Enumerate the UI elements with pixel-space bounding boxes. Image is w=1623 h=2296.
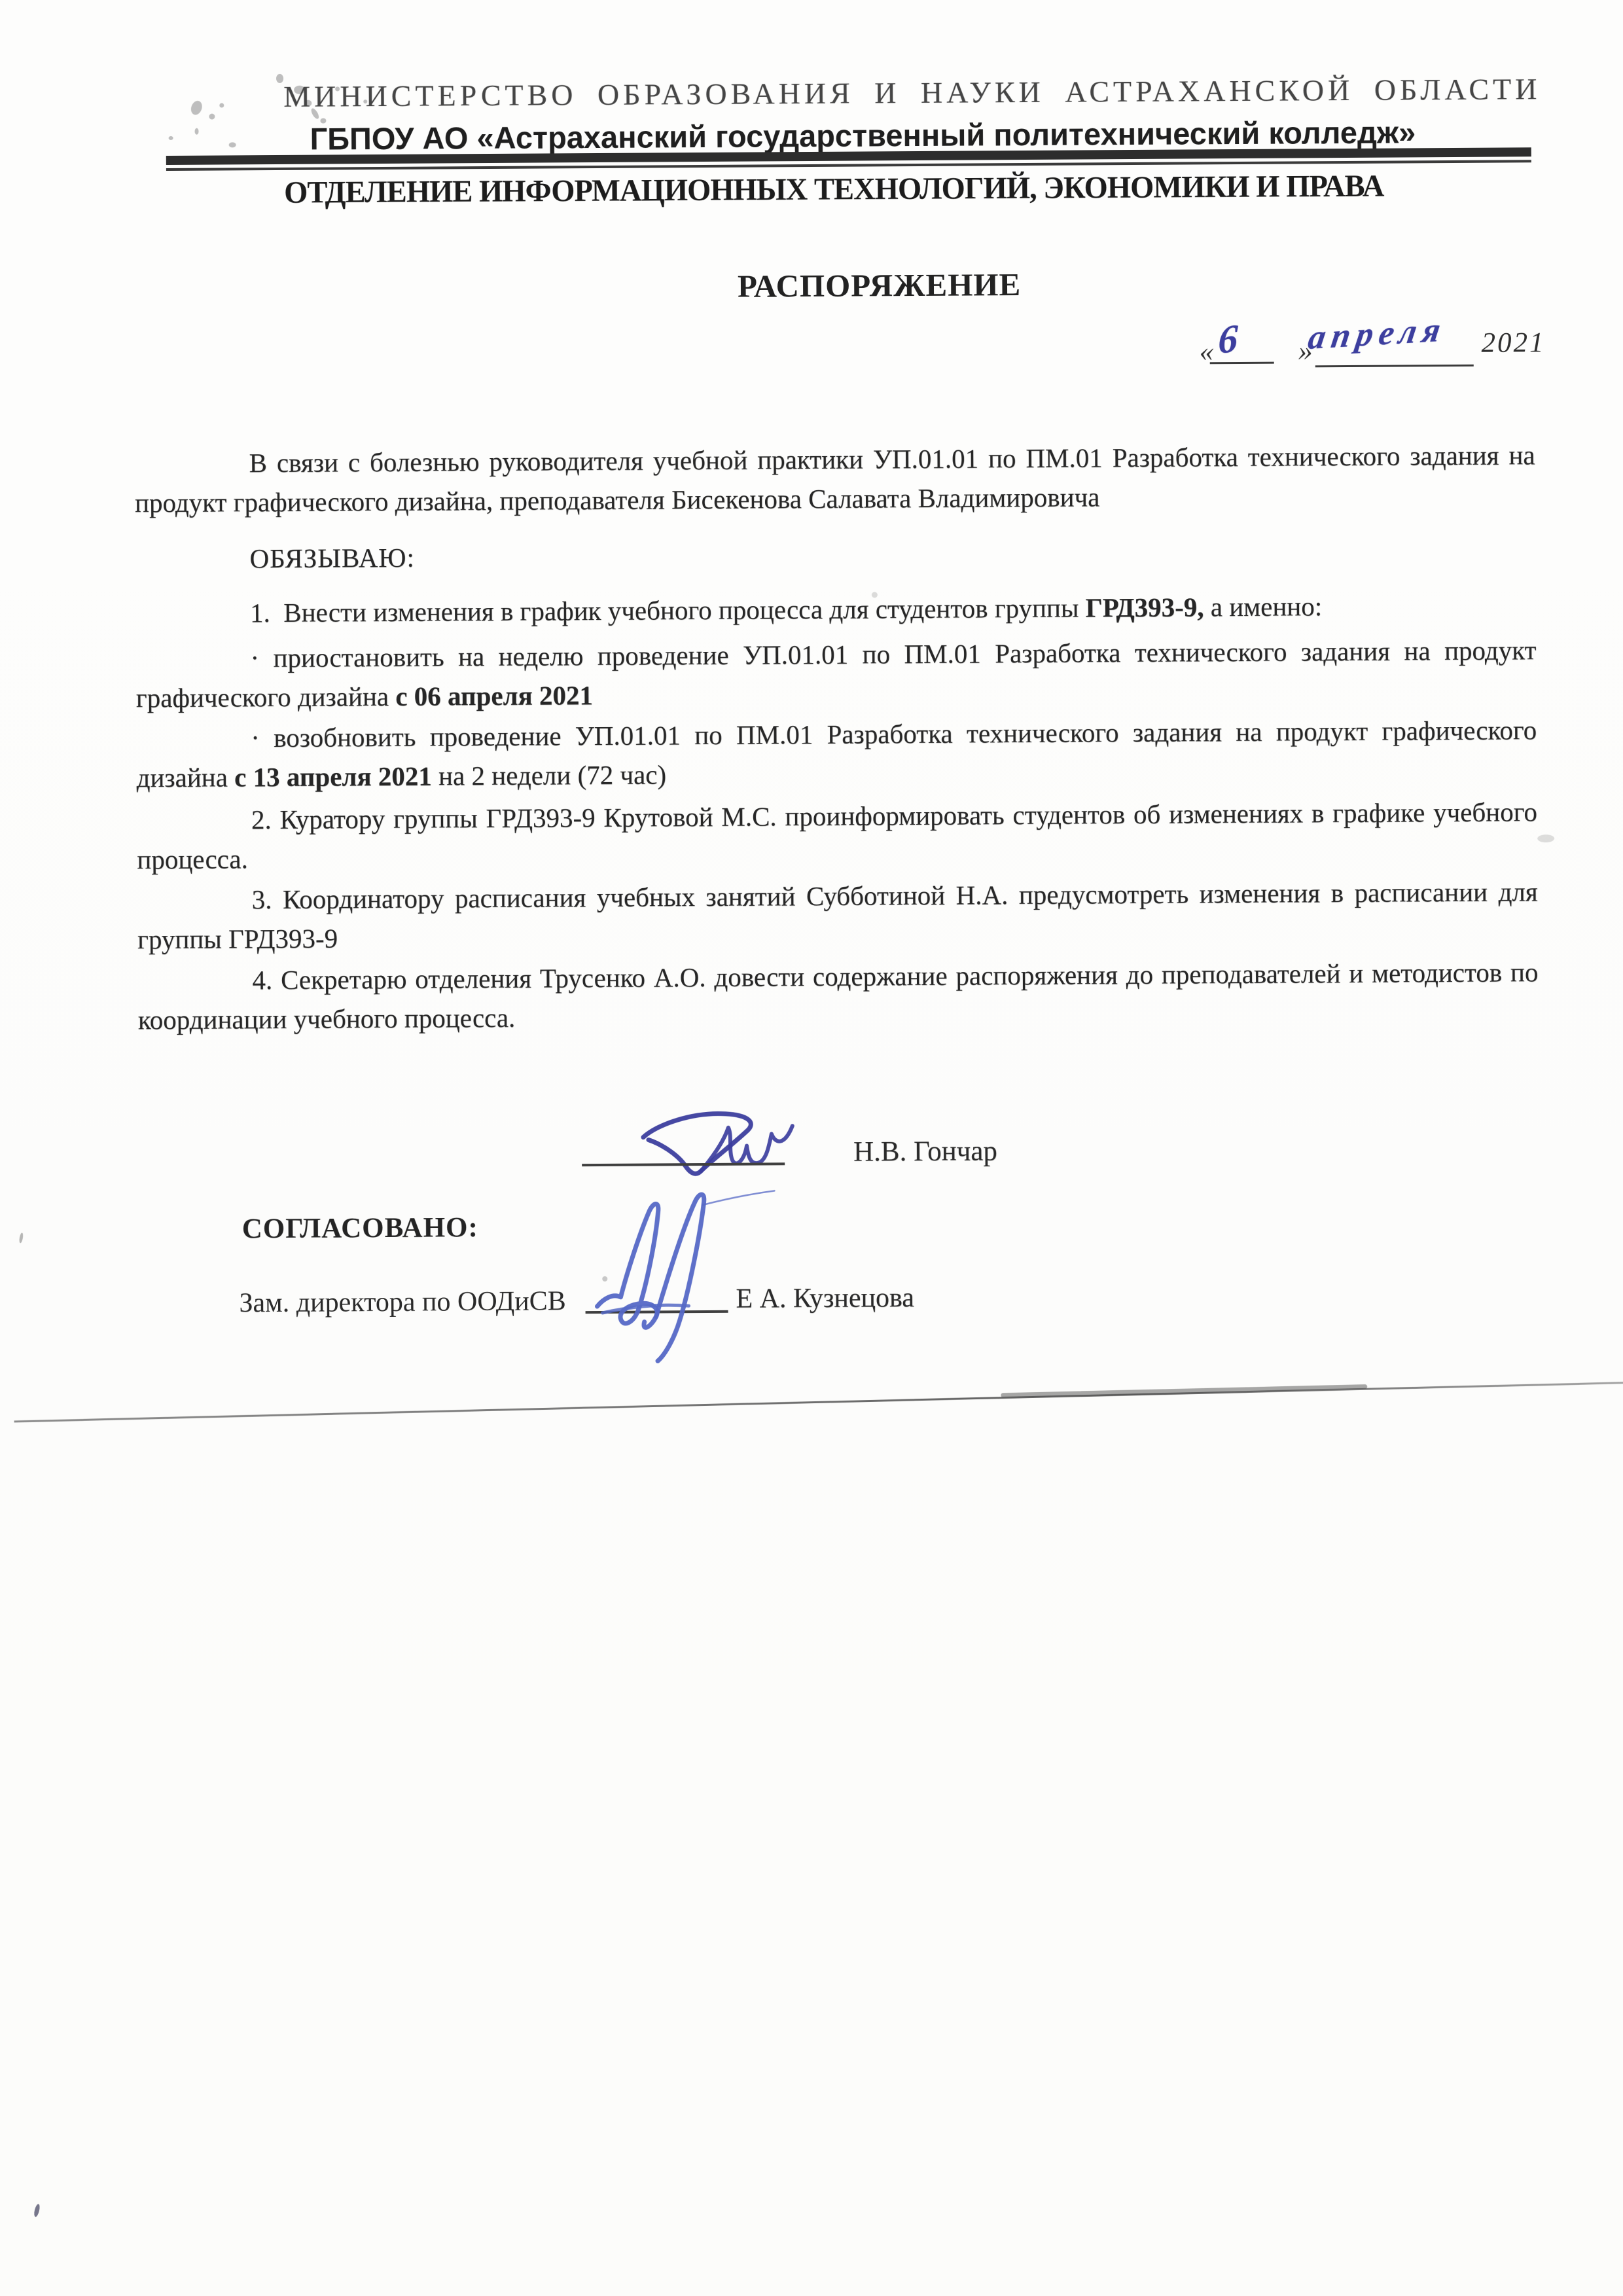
order-item-2: 2. Куратору группы ГРД393-9 Крутовой М.С… (137, 792, 1538, 879)
date-month-underline (1315, 365, 1474, 367)
date-year: 2021 (1481, 327, 1545, 359)
scan-speckle (169, 136, 173, 140)
document-title: РАСПОРЯЖЕНИЕ (738, 266, 1021, 305)
director-name: Н.В. Гончар (853, 1135, 997, 1168)
deputy-role: Зам. директора по ООДиСВ (239, 1285, 566, 1319)
text-run: · приостановить на неделю проведение УП.… (136, 635, 1537, 713)
text-run: на 2 недели (72 час) (432, 759, 667, 791)
text-run-bold-date: с 06 апреля 2021 (395, 680, 593, 711)
scan-speckle (276, 74, 283, 83)
scan-speckle (1537, 834, 1554, 842)
order-subitem-resume: · возобновить проведение УП.01.01 по ПМ.… (136, 710, 1537, 797)
document-body: В связи с болезнью руководителя учебной … (134, 435, 1539, 1039)
scan-speckle (219, 103, 224, 107)
document-page: МИНИСТЕРСТВО ОБРАЗОВАНИЯ И НАУКИ АСТРАХА… (0, 0, 1623, 2296)
order-item-3: 3. Координатору расписания учебных занят… (137, 872, 1539, 959)
scan-speckle (229, 142, 236, 147)
paragraph-intro: В связи с болезнью руководителя учебной … (134, 435, 1535, 522)
obligation-heading: ОБЯЗЫВАЮ: (135, 531, 1535, 579)
scanned-sheet-content: МИНИСТЕРСТВО ОБРАЗОВАНИЯ И НАУКИ АСТРАХА… (0, 0, 1623, 2296)
text-run-bold-group: ГРД393-9, (1086, 592, 1204, 622)
scan-speckle (19, 1232, 24, 1244)
paper-edge-line (14, 1382, 1623, 1422)
date-day-underline (1210, 362, 1274, 365)
signature-gonchar (620, 1105, 836, 1194)
order-item-4: 4. Секретарю отделения Трусенко А.О. дов… (137, 952, 1539, 1039)
signature-kuznetsova (579, 1186, 790, 1371)
header-ministry: МИНИСТЕРСТВО ОБРАЗОВАНИЯ И НАУКИ АСТРАХА… (283, 71, 1541, 114)
text-run-bold-date: с 13 апреля 2021 (234, 761, 432, 793)
agreed-label: СОГЛАСОВАНО: (242, 1211, 478, 1245)
scan-speckle (209, 114, 215, 120)
text-run: а именно: (1204, 591, 1322, 622)
scan-speckle (33, 2204, 41, 2217)
scan-speckle (195, 128, 199, 135)
header-department: ОТДЕЛЕНИЕ ИНФОРМАЦИОННЫХ ТЕХНОЛОГИЙ, ЭКО… (284, 168, 1384, 211)
order-item-1: 1. Внести изменения в график учебного пр… (135, 585, 1536, 633)
text-run: 1. Внести изменения в график учебного пр… (250, 592, 1086, 628)
date-month-handwritten: апреля (1306, 310, 1449, 357)
scan-speckle (189, 99, 204, 117)
order-subitem-suspend: · приостановить на неделю проведение УП.… (135, 630, 1537, 717)
deputy-name: Е А. Кузнецова (736, 1282, 914, 1315)
date-day-handwritten: 6 (1218, 315, 1239, 363)
